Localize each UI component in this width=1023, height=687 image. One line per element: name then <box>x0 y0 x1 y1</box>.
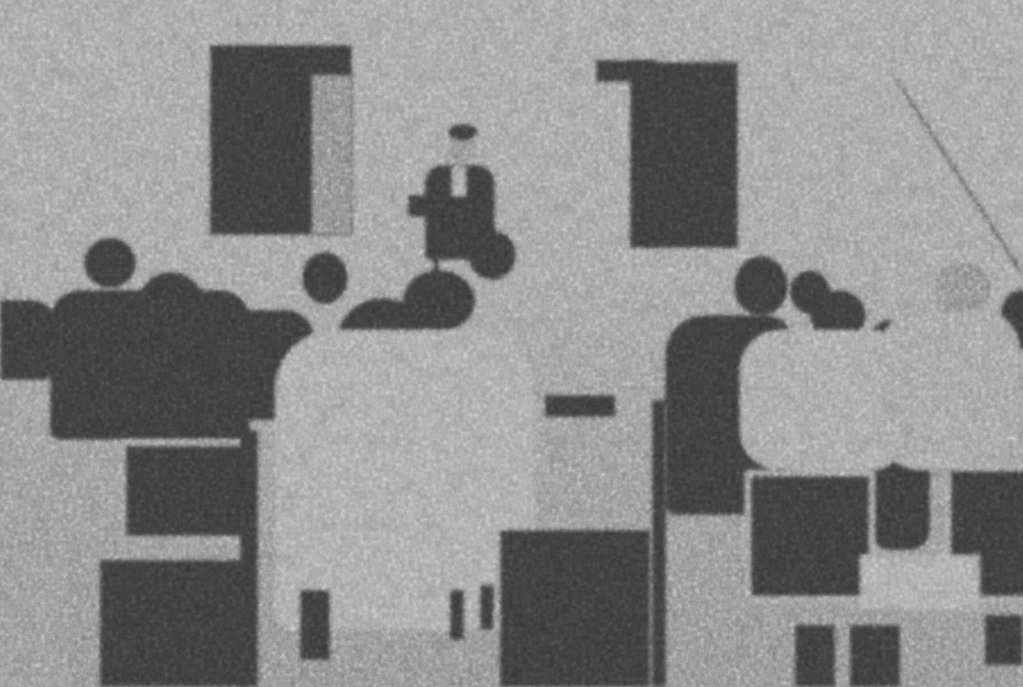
speaker-shirt <box>452 166 466 196</box>
chair-back <box>985 615 1023 665</box>
lectern <box>408 195 442 217</box>
audience-head <box>302 252 348 304</box>
chair-back <box>850 625 900 687</box>
chair-frame <box>652 400 666 687</box>
chair-back <box>745 470 875 602</box>
chair-back <box>300 590 330 660</box>
audience-body-light <box>275 330 535 630</box>
right-window <box>630 62 738 248</box>
chair-back <box>480 585 494 630</box>
microphone-stand <box>433 215 439 275</box>
audience-head <box>84 238 136 288</box>
left-window-shadow <box>312 75 352 235</box>
chair-back <box>545 395 615 417</box>
audience-head <box>734 256 788 316</box>
ground-shadow <box>500 530 650 687</box>
chair-back <box>450 590 464 640</box>
chair-back <box>795 625 835 687</box>
right-window-lintel <box>596 60 656 82</box>
speaker-hair <box>448 124 478 140</box>
photograph: Grainy black-and-white photograph of a s… <box>0 0 1023 687</box>
chair-shadow <box>100 560 245 687</box>
audience-body-light <box>880 310 1020 470</box>
chair-seat <box>0 560 70 687</box>
chair-back <box>120 440 257 542</box>
audience-head <box>468 230 516 280</box>
audience-head <box>935 262 991 316</box>
chair-seat <box>860 555 980 610</box>
